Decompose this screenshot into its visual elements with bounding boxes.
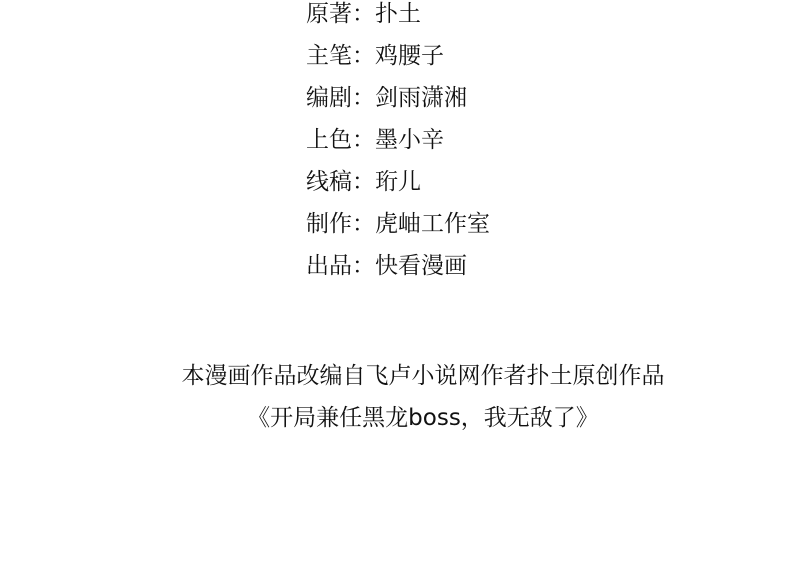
credit-value: 珩儿 xyxy=(375,168,421,196)
credit-value: 墨小辛 xyxy=(375,126,444,154)
credit-line-art: 线稿：珩儿 xyxy=(306,168,421,196)
credit-publisher: 出品：快看漫画 xyxy=(306,252,467,280)
credit-label: 主笔： xyxy=(306,42,375,70)
credit-label: 出品： xyxy=(306,252,375,280)
credit-value: 鸡腰子 xyxy=(375,42,444,70)
credit-value: 虎岫工作室 xyxy=(375,210,490,238)
credit-colorist: 上色：墨小辛 xyxy=(306,126,444,154)
credit-label: 线稿： xyxy=(306,168,375,196)
credit-original-author: 原著：扑土 xyxy=(306,0,421,28)
credit-screenwriter: 编剧：剑雨潇湘 xyxy=(306,84,467,112)
credit-label: 上色： xyxy=(306,126,375,154)
credit-value: 快看漫画 xyxy=(375,252,467,280)
credit-production: 制作：虎岫工作室 xyxy=(306,210,490,238)
credit-value: 扑土 xyxy=(375,0,421,28)
credit-label: 原著： xyxy=(306,0,375,28)
credit-label: 编剧： xyxy=(306,84,375,112)
credit-label: 制作： xyxy=(306,210,375,238)
credit-value: 剑雨潇湘 xyxy=(375,84,467,112)
credit-lead-artist: 主笔：鸡腰子 xyxy=(306,42,444,70)
adaptation-note-line1: 本漫画作品改编自飞卢小说网作者扑土原创作品 xyxy=(0,362,800,390)
adaptation-note-title: 《开局兼任黑龙boss，我无敌了》 xyxy=(0,404,800,432)
